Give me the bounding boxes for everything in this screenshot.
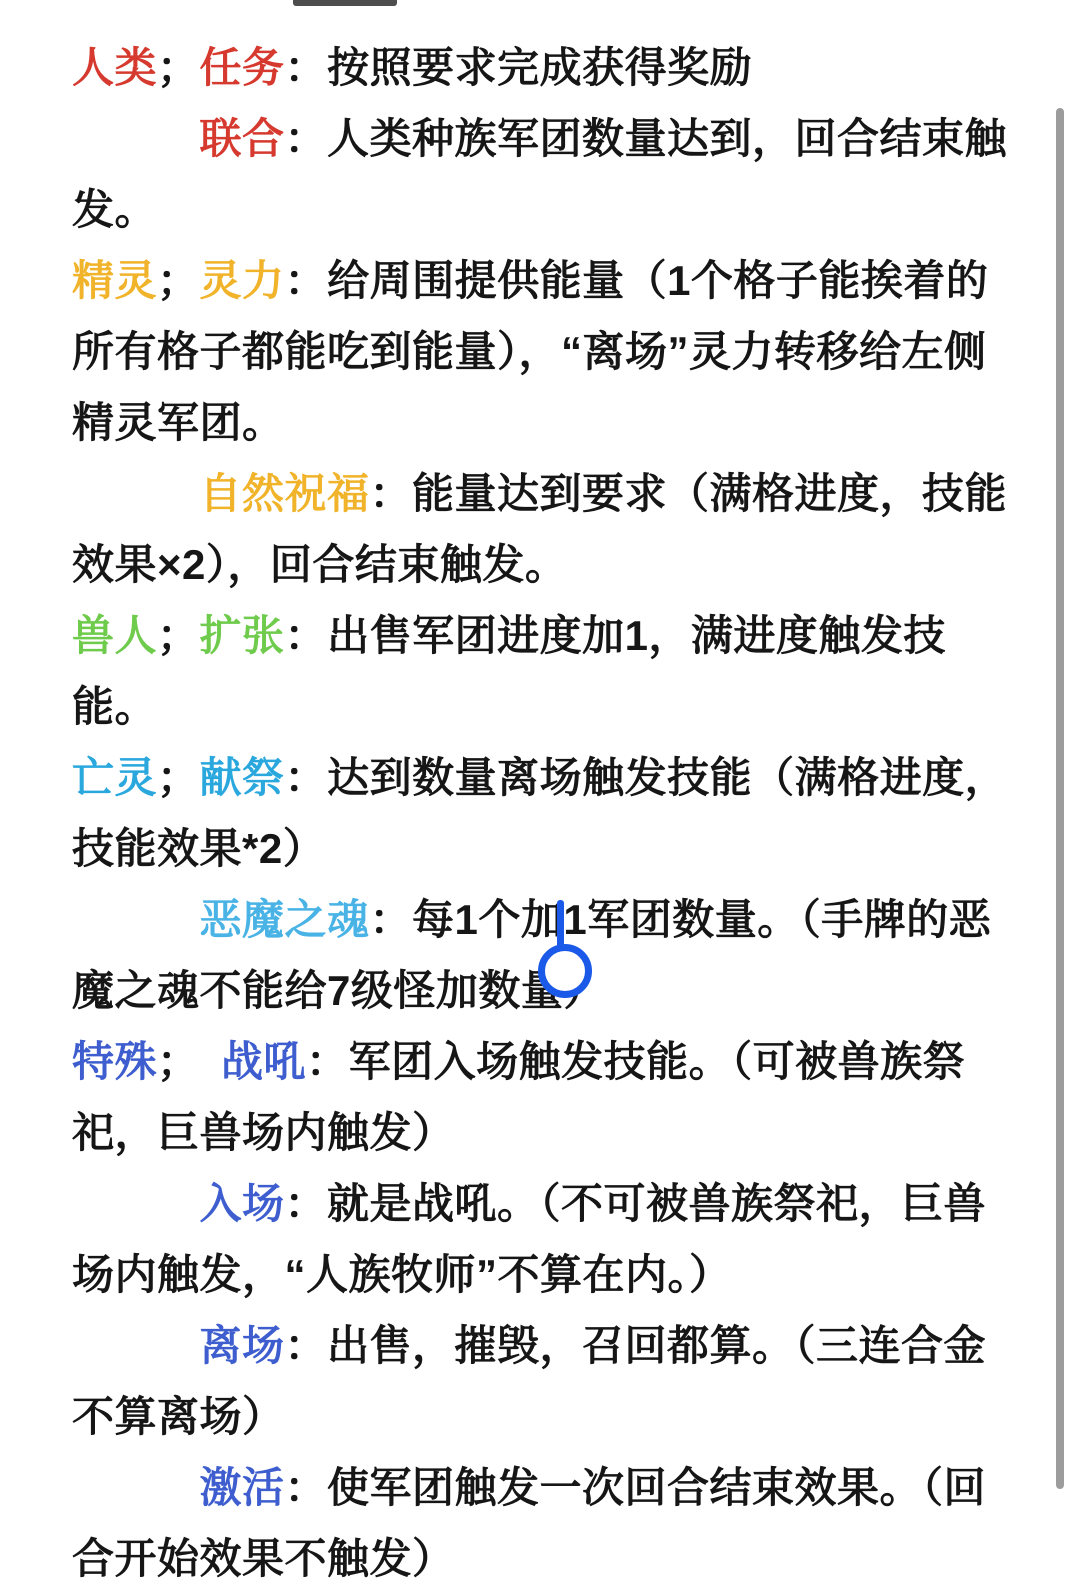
colon: ： bbox=[370, 470, 413, 517]
text-cursor-drag-handle[interactable] bbox=[538, 944, 592, 998]
keyword: 入场 bbox=[200, 1180, 285, 1227]
separator: ； bbox=[157, 1038, 221, 1085]
keyword: 献祭 bbox=[200, 754, 285, 801]
paragraph-special-enter-field: 入场：就是战吼。（不可被兽族祭祀，巨兽场内触发，“人族牧师”不算在内。） bbox=[72, 1168, 1022, 1310]
indent bbox=[72, 470, 200, 517]
separator: ； bbox=[157, 44, 200, 91]
body-text: 按照要求完成获得奖励 bbox=[327, 44, 752, 91]
paragraph-elf-spirit-power: 精灵；灵力：给周围提供能量（1个格子能挨着的所有格子都能吃到能量），“离场”灵力… bbox=[72, 245, 1022, 458]
keyword: 战吼 bbox=[221, 1038, 306, 1085]
indent bbox=[72, 1464, 200, 1511]
paragraph-special-leave-field: 离场：出售，摧毁，召回都算。（三连合金不算离场） bbox=[72, 1310, 1022, 1452]
colon: ： bbox=[285, 257, 328, 304]
top-edge-fragment bbox=[293, 0, 397, 6]
paragraph-special-activate: 激活：使军团触发一次回合结束效果。（回合开始效果不触发） bbox=[72, 1452, 1022, 1590]
colon: ： bbox=[285, 612, 328, 659]
colon: ： bbox=[285, 1464, 328, 1511]
keyword: 离场 bbox=[200, 1322, 285, 1369]
indent bbox=[72, 1322, 200, 1369]
separator: ； bbox=[157, 257, 200, 304]
separator: ； bbox=[157, 612, 200, 659]
race-name: 人类 bbox=[72, 44, 157, 91]
keyword: 任务 bbox=[200, 44, 285, 91]
paragraph-human-task: 人类；任务：按照要求完成获得奖励 bbox=[72, 32, 1022, 103]
scrollbar-thumb[interactable] bbox=[1056, 108, 1064, 1489]
keyword: 灵力 bbox=[200, 257, 285, 304]
colon: ： bbox=[285, 44, 328, 91]
separator: ； bbox=[157, 754, 200, 801]
race-name: 亡灵 bbox=[72, 754, 157, 801]
indent bbox=[72, 896, 200, 943]
paragraph-human-union: 联合：人类种族军团数量达到，回合结束触发。 bbox=[72, 103, 1022, 245]
keyword: 激活 bbox=[200, 1464, 285, 1511]
colon: ： bbox=[306, 1038, 349, 1085]
race-name: 精灵 bbox=[72, 257, 157, 304]
colon: ： bbox=[370, 896, 413, 943]
colon: ： bbox=[285, 754, 328, 801]
colon: ： bbox=[285, 115, 328, 162]
paragraph-undead-sacrifice: 亡灵；献祭：达到数量离场触发技能（满格进度，技能效果*2） bbox=[72, 742, 1022, 884]
paragraph-elf-nature-blessing: 自然祝福：能量达到要求（满格进度，技能效果×2），回合结束触发。 bbox=[72, 458, 1022, 600]
keyword: 恶魔之魂 bbox=[200, 896, 370, 943]
paragraph-orc-expansion: 兽人；扩张：出售军团进度加1，满进度触发技能。 bbox=[72, 600, 1022, 742]
indent bbox=[72, 115, 200, 162]
race-name: 兽人 bbox=[72, 612, 157, 659]
race-name: 特殊 bbox=[72, 1038, 157, 1085]
keyword: 自然祝福 bbox=[200, 470, 370, 517]
colon: ： bbox=[285, 1180, 328, 1227]
indent bbox=[72, 1180, 200, 1227]
keyword: 联合 bbox=[200, 115, 285, 162]
document-body[interactable]: 人类；任务：按照要求完成获得奖励 联合：人类种族军团数量达到，回合结束触发。精灵… bbox=[0, 0, 1066, 1590]
paragraph-special-battlecry: 特殊； 战吼：军团入场触发技能。（可被兽族祭祀，巨兽场内触发） bbox=[72, 1026, 1022, 1168]
colon: ： bbox=[285, 1322, 328, 1369]
keyword: 扩张 bbox=[200, 612, 285, 659]
